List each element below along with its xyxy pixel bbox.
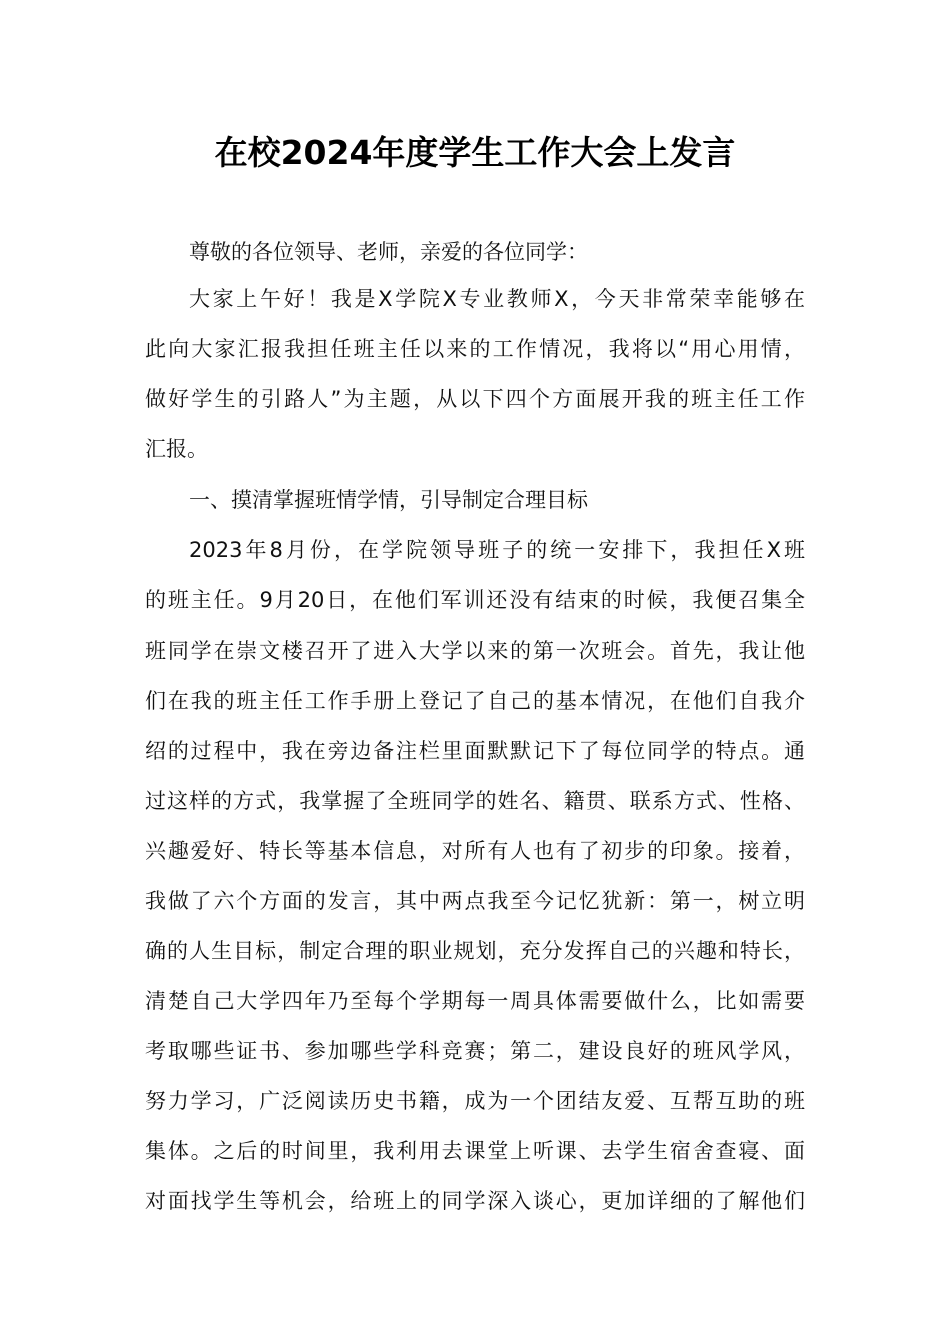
paragraph-line: 对面找学生等机会，给班上的同学深入谈心，更加详细的了解他们 xyxy=(145,1186,805,1216)
paragraph-line: 努力学习，广泛阅读历史书籍，成为一个团结友爱、互帮互助的班 xyxy=(145,1086,805,1116)
paragraph-line: 大家上午好！我是X学院X专业教师X，今天非常荣幸能够在 xyxy=(189,284,805,314)
paragraph-line: 的班主任。9月20日，在他们军训还没有结束的时候，我便召集全 xyxy=(145,585,805,615)
paragraph-line: 做好学生的引路人”为主题，从以下四个方面展开我的班主任工作 xyxy=(145,384,805,414)
paragraph-line: 汇报。 xyxy=(145,434,805,464)
paragraph-line: 此向大家汇报我担任班主任以来的工作情况，我将以“用心用情， xyxy=(145,334,805,364)
document-title: 在校2024年度学生工作大会上发言 xyxy=(0,130,950,176)
paragraph-line: 我做了六个方面的发言，其中两点我至今记忆犹新：第一，树立明 xyxy=(145,886,805,916)
section-heading: 一、摸清掌握班情学情，引导制定合理目标 xyxy=(189,485,805,515)
paragraph-line: 2023年8月份，在学院领导班子的统一安排下，我担任X班 xyxy=(189,535,805,565)
paragraph-line: 班同学在崇文楼召开了进入大学以来的第一次班会。首先，我让他 xyxy=(145,636,805,666)
paragraph-line: 绍的过程中，我在旁边备注栏里面默默记下了每位同学的特点。通 xyxy=(145,736,805,766)
paragraph-line: 考取哪些证书、参加哪些学科竞赛；第二，建设良好的班风学风， xyxy=(145,1036,805,1066)
paragraph-line: 清楚自己大学四年乃至每个学期每一周具体需要做什么，比如需要 xyxy=(145,986,805,1016)
paragraph-line: 兴趣爱好、特长等基本信息，对所有人也有了初步的印象。接着， xyxy=(145,836,805,866)
paragraph-line: 集体。之后的时间里，我利用去课堂上听课、去学生宿舍查寝、面 xyxy=(145,1136,805,1166)
salutation: 尊敬的各位领导、老师，亲爱的各位同学： xyxy=(189,237,805,267)
paragraph-line: 们在我的班主任工作手册上登记了自己的基本情况，在他们自我介 xyxy=(145,686,805,716)
paragraph-line: 确的人生目标，制定合理的职业规划，充分发挥自己的兴趣和特长， xyxy=(145,936,805,966)
document-page: 在校2024年度学生工作大会上发言 尊敬的各位领导、老师，亲爱的各位同学： 大家… xyxy=(0,0,950,1344)
paragraph-line: 过这样的方式，我掌握了全班同学的姓名、籍贯、联系方式、性格、 xyxy=(145,786,805,816)
